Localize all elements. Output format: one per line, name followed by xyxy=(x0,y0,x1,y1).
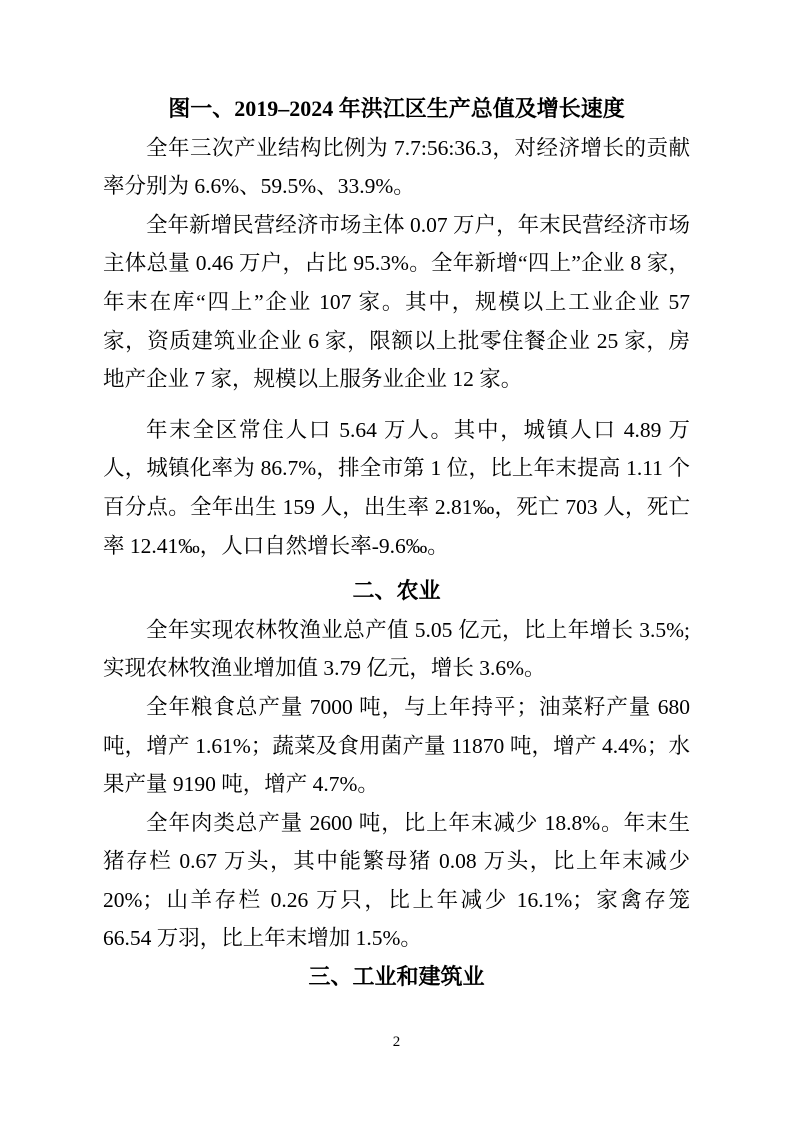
paragraph-population: 年末全区常住人口 5.64 万人。其中，城镇人口 4.89 万人，城镇化率为 8… xyxy=(103,411,690,565)
paragraph-grain-production: 全年粮食总产量 7000 吨，与上年持平；油菜籽产量 680 吨，增产 1.61… xyxy=(103,688,690,804)
section-heading-agriculture: 二、农业 xyxy=(103,572,690,611)
figure-title: 图一、2019–2024 年洪江区生产总值及增长速度 xyxy=(103,90,690,129)
paragraph-meat-livestock: 全年肉类总产量 2600 吨，比上年末减少 18.8%。年末生猪存栏 0.67 … xyxy=(103,804,690,958)
document-body: 图一、2019–2024 年洪江区生产总值及增长速度 全年三次产业结构比例为 7… xyxy=(103,90,690,997)
document-page: 图一、2019–2024 年洪江区生产总值及增长速度 全年三次产业结构比例为 7… xyxy=(0,0,793,1122)
paragraph-industry-structure: 全年三次产业结构比例为 7.7:56:36.3，对经济增长的贡献率分别为 6.6… xyxy=(103,129,690,206)
section-heading-industry-construction: 三、工业和建筑业 xyxy=(103,958,690,997)
paragraph-agriculture-output: 全年实现农林牧渔业总产值 5.05 亿元，比上年增长 3.5%;实现农林牧渔业增… xyxy=(103,611,690,688)
paragraph-private-economy: 全年新增民营经济市场主体 0.07 万户，年末民营经济市场主体总量 0.46 万… xyxy=(103,206,690,399)
page-number: 2 xyxy=(0,1032,793,1052)
